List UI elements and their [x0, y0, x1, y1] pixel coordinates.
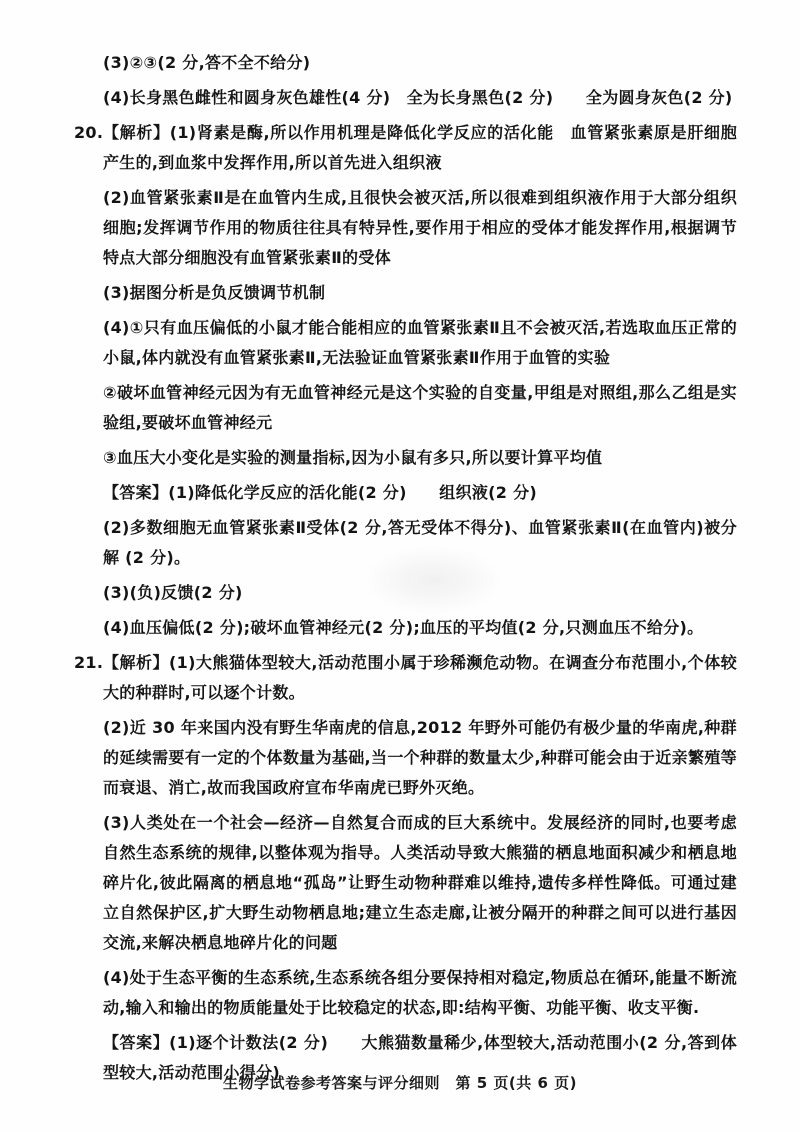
- paragraph-text: ③血压大小变化是实验的测量指标,因为小鼠有多只,所以要计算平均值: [103, 448, 602, 467]
- paragraph-text: (3)据图分析是负反馈调节机制: [103, 283, 325, 302]
- paragraph-text: (3)②③(2 分,答不全不给分): [103, 53, 310, 72]
- answer-paragraph: (3)人类处在一个社会—经济—自然复合而成的巨大系统中。发展经济的同时,也要考虑…: [103, 808, 737, 958]
- paragraph-text: (3)(负)反馈(2 分): [103, 583, 243, 602]
- paragraph-text: (4)处于生态平衡的生态系统,生态系统各组分要保持相对稳定,物质总在循环,能量不…: [103, 968, 737, 1017]
- page-footer: 生物学试卷参考答案与评分细则 第 5 页(共 6 页): [0, 1072, 800, 1093]
- answer-key-content: (3)②③(2 分,答不全不给分) (4)长身黑色雌性和圆身灰色雄性(4 分) …: [103, 48, 737, 1093]
- answer-paragraph: 【答案】(1)降低化学反应的活化能(2 分) 组织液(2 分): [103, 478, 737, 508]
- paragraph-text: (2)近 30 年来国内没有野生华南虎的信息,2012 年野外可能仍有极少量的华…: [103, 718, 737, 797]
- paragraph-text: (2)多数细胞无血管紧张素Ⅱ受体(2 分,答无受体不得分)、血管紧张素Ⅱ(在血管…: [103, 518, 737, 567]
- question-number: 21.: [74, 648, 103, 678]
- answer-paragraph: (4)①只有血压偏低的小鼠才能合能相应的血管紧张素Ⅱ且不会被灭活,若选取血压正常…: [103, 313, 737, 373]
- paragraph-text: 【解析】(1)肾素是酶,所以作用机理是降低化学反应的活化能 血管紧张素原是肝细胞…: [103, 123, 737, 172]
- answer-paragraph: ③血压大小变化是实验的测量指标,因为小鼠有多只,所以要计算平均值: [103, 443, 737, 473]
- paragraph-text: 【答案】(1)降低化学反应的活化能(2 分) 组织液(2 分): [103, 483, 537, 502]
- paragraph-text: (3)人类处在一个社会—经济—自然复合而成的巨大系统中。发展经济的同时,也要考虑…: [103, 813, 737, 952]
- document-page: (3)②③(2 分,答不全不给分) (4)长身黑色雌性和圆身灰色雄性(4 分) …: [0, 0, 800, 1132]
- answer-paragraph: (4)血压偏低(2 分);破坏血管神经元(2 分);血压的平均值(2 分,只测血…: [103, 613, 737, 643]
- paragraph-text: 【解析】(1)大熊猫体型较大,活动范围小属于珍稀濒危动物。在调查分布范围小,个体…: [103, 653, 737, 702]
- paragraph-text: (4)血压偏低(2 分);破坏血管神经元(2 分);血压的平均值(2 分,只测血…: [103, 618, 703, 637]
- answer-paragraph: ②破坏血管神经元因为有无血管神经元是这个实验的自变量,甲组是对照组,那么乙组是实…: [103, 378, 737, 438]
- answer-paragraph: 20. 【解析】(1)肾素是酶,所以作用机理是降低化学反应的活化能 血管紧张素原…: [103, 118, 737, 178]
- answer-paragraph: (2)多数细胞无血管紧张素Ⅱ受体(2 分,答无受体不得分)、血管紧张素Ⅱ(在血管…: [103, 513, 737, 573]
- answer-paragraph: (3)(负)反馈(2 分): [103, 578, 737, 608]
- answer-paragraph: (4)长身黑色雌性和圆身灰色雄性(4 分) 全为长身黑色(2 分) 全为圆身灰色…: [103, 83, 737, 113]
- paragraph-text: (4)①只有血压偏低的小鼠才能合能相应的血管紧张素Ⅱ且不会被灭活,若选取血压正常…: [103, 318, 737, 367]
- answer-paragraph: 21. 【解析】(1)大熊猫体型较大,活动范围小属于珍稀濒危动物。在调查分布范围…: [103, 648, 737, 708]
- paragraph-text: (2)血管紧张素Ⅱ是在血管内生成,且很快会被灭活,所以很难到组织液作用于大部分组…: [103, 188, 737, 267]
- answer-paragraph: (3)②③(2 分,答不全不给分): [103, 48, 737, 78]
- answer-paragraph: (2)近 30 年来国内没有野生华南虎的信息,2012 年野外可能仍有极少量的华…: [103, 713, 737, 803]
- paragraph-text: ②破坏血管神经元因为有无血管神经元是这个实验的自变量,甲组是对照组,那么乙组是实…: [103, 383, 737, 432]
- answer-paragraph: (2)血管紧张素Ⅱ是在血管内生成,且很快会被灭活,所以很难到组织液作用于大部分组…: [103, 183, 737, 273]
- answer-paragraph: (3)据图分析是负反馈调节机制: [103, 278, 737, 308]
- question-number: 20.: [74, 118, 103, 148]
- answer-paragraph: (4)处于生态平衡的生态系统,生态系统各组分要保持相对稳定,物质总在循环,能量不…: [103, 963, 737, 1023]
- paragraph-text: (4)长身黑色雌性和圆身灰色雄性(4 分) 全为长身黑色(2 分) 全为圆身灰色…: [103, 88, 733, 107]
